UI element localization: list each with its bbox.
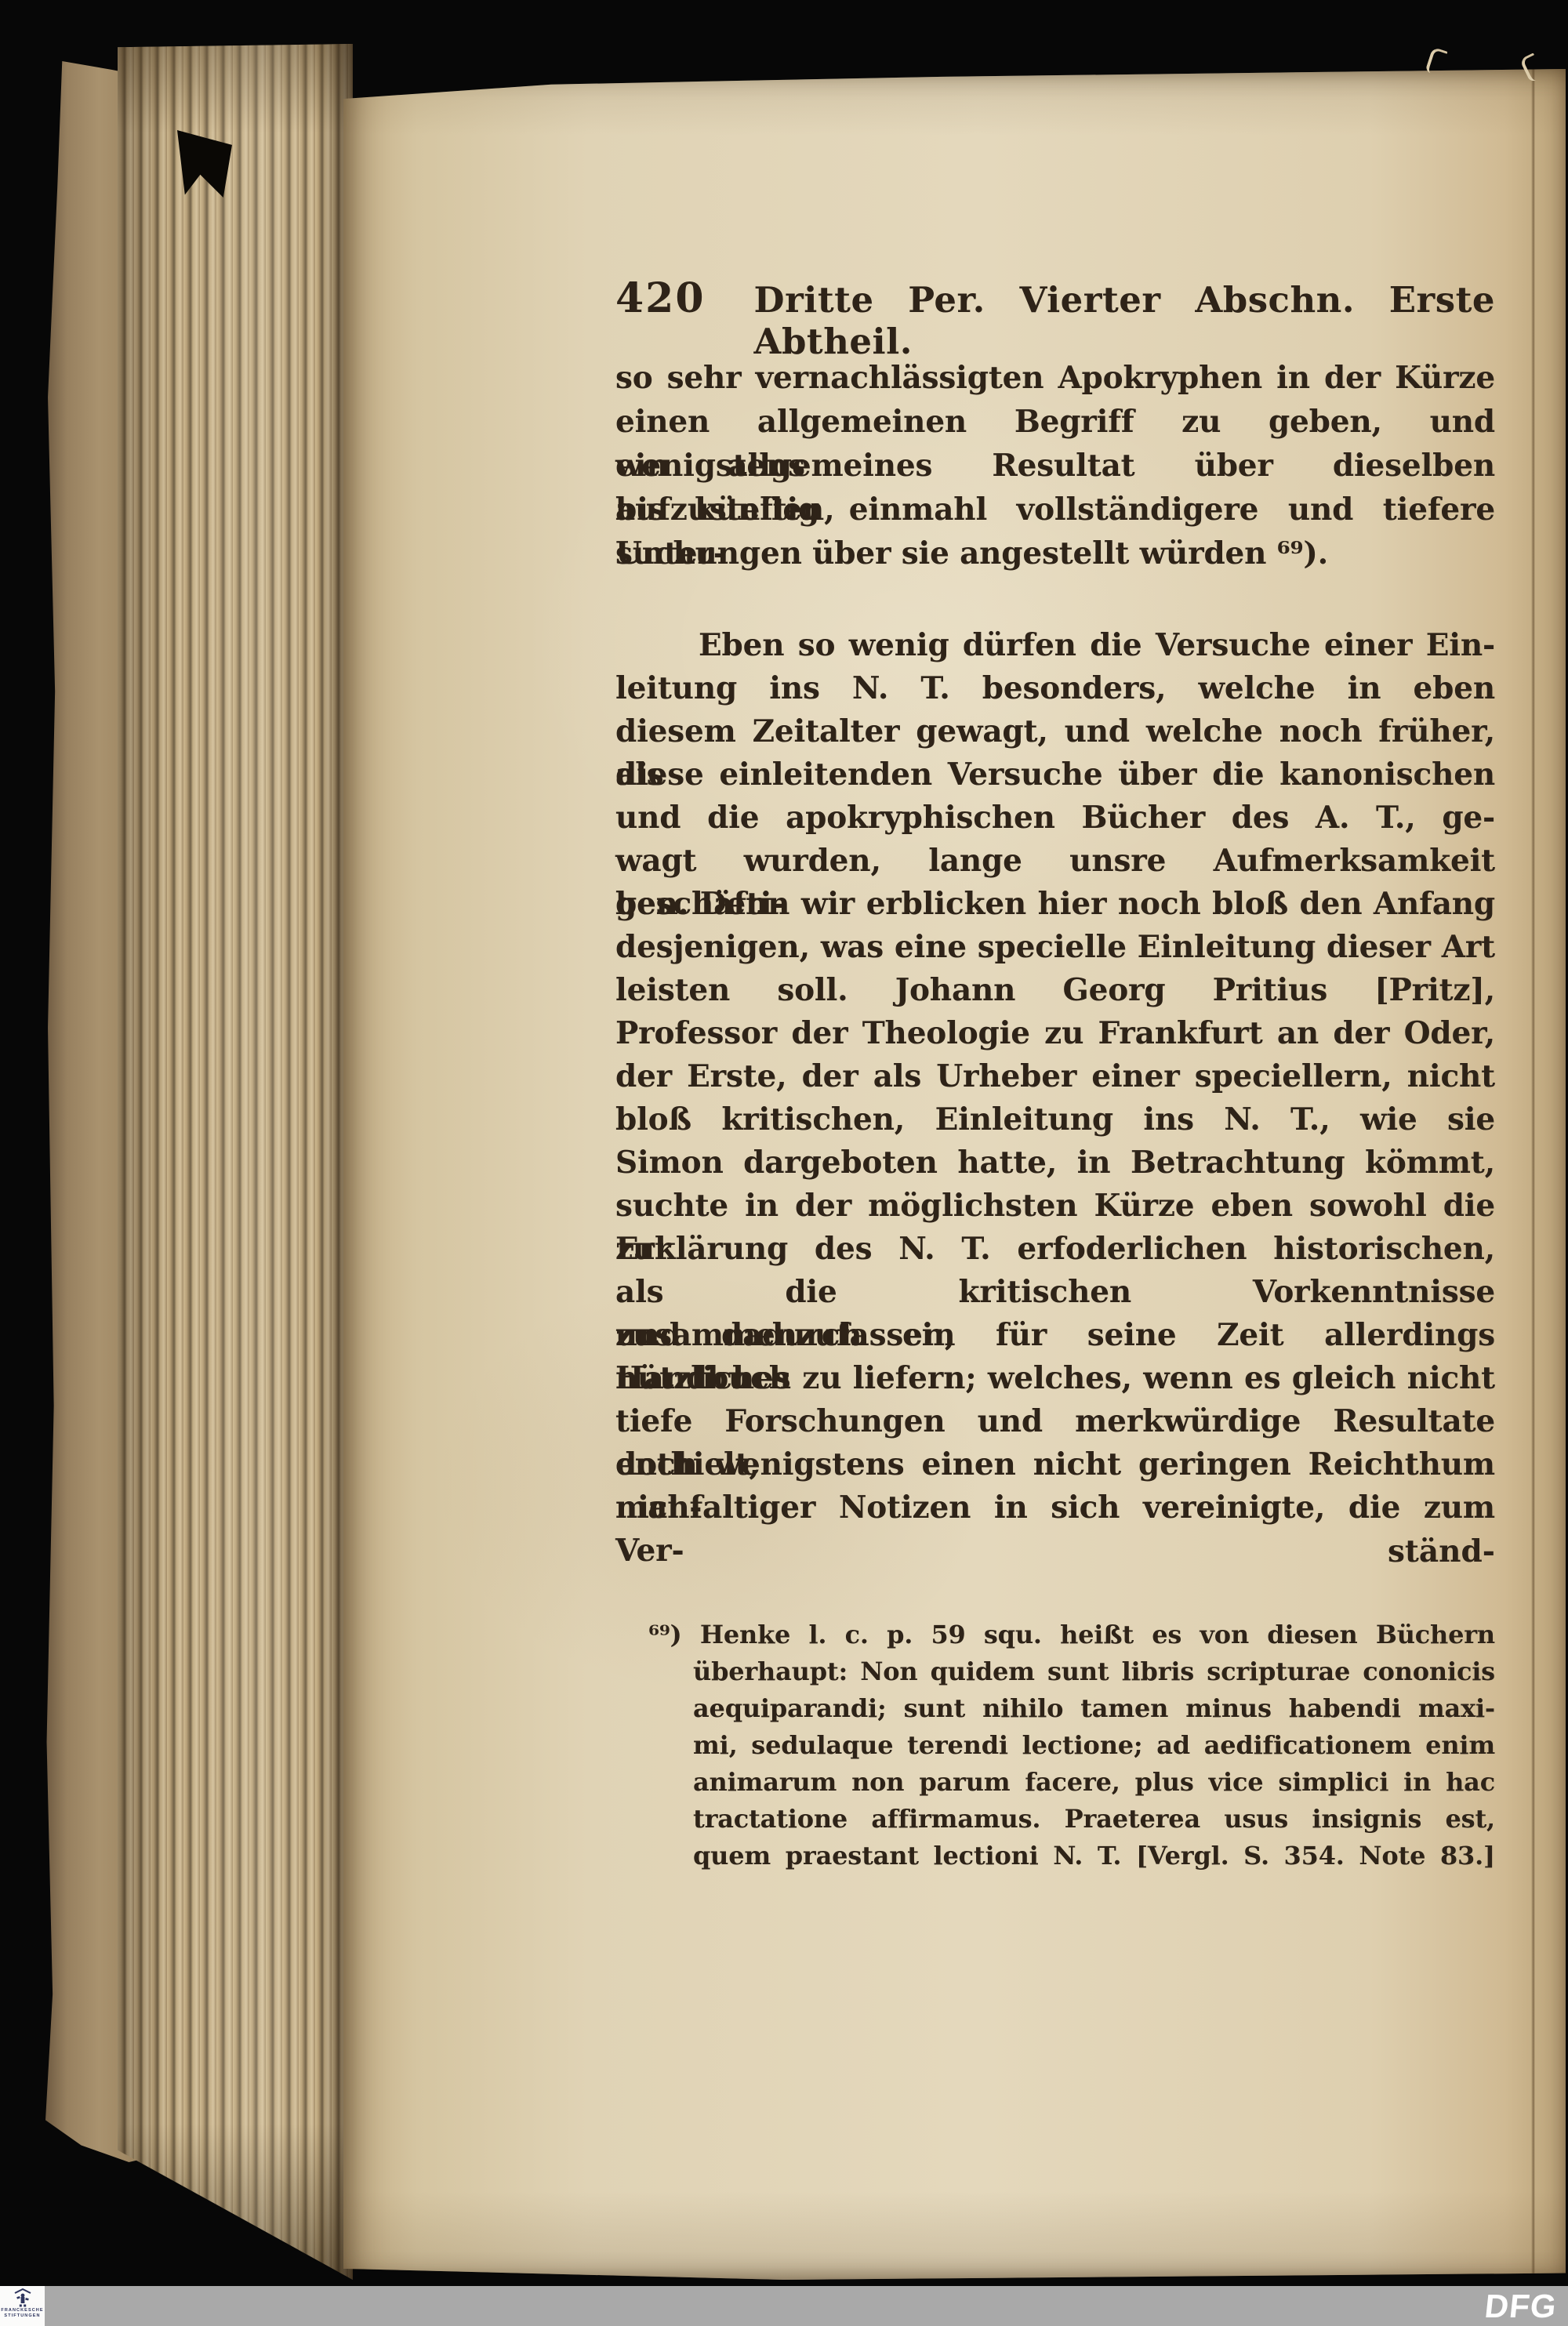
text-line: leitung ins N. T. besonders, welche in e… [615, 667, 1495, 710]
page-crease [1531, 69, 1535, 2280]
text-line: und dadurch ein für seine Zeit allerding… [615, 1314, 1495, 1357]
text-line: suchungen über sie angestellt würden ⁶⁹)… [615, 532, 1495, 575]
text-line: gen. Denn wir erblicken hier noch bloß d… [615, 883, 1495, 926]
page-number: 420 [615, 274, 706, 322]
viewer-footer-bar: FRANCKESCHE STIFTUNGEN DFG [0, 2286, 1568, 2326]
text-line: quem praestant lectioni N. T. [Vergl. S.… [648, 1838, 1495, 1874]
text-line: diese einleitenden Versuche über die kan… [615, 753, 1495, 797]
text-line: so sehr vernachlässigten Apokryphen in d… [615, 356, 1495, 400]
page-header: 420 Dritte Per. Vierter Abschn. Erste Ab… [615, 274, 1495, 362]
text-line: Handbuch zu liefern; welches, wenn es gl… [615, 1357, 1495, 1400]
text-line: leisten soll. Johann Georg Pritius [Prit… [615, 969, 1495, 1012]
text-line: ein allgemeines Resultat über dieselben … [615, 444, 1495, 488]
text-line: ⁶⁹) Henke l. c. p. 59 squ. heißt es von … [648, 1617, 1495, 1653]
text-line: desjenigen, was eine specielle Einleitun… [615, 926, 1495, 969]
scanned-book-viewer: { "page": { "number": "420", "running_ti… [0, 0, 1568, 2326]
text-line: Erklärung des N. T. erfoderlichen histor… [615, 1228, 1495, 1271]
franckesche-line1: FRANCKESCHE [1, 2308, 43, 2313]
footnote: ⁶⁹) Henke l. c. p. 59 squ. heißt es von … [648, 1617, 1495, 1874]
text-line: Professor der Theologie zu Frankfurt an … [615, 1012, 1495, 1055]
text-line: animarum non parum facere, plus vice sim… [648, 1764, 1495, 1801]
page-edges-stack [118, 44, 353, 2280]
text-line: wagt wurden, lange unsre Aufmerksamkeit … [615, 840, 1495, 883]
dfg-logo: DFG [1483, 2288, 1559, 2325]
catchword: ständ- [615, 1530, 1495, 1573]
text-line: tiefe Forschungen und merkwürdige Result… [615, 1400, 1495, 1443]
text-line: überhaupt: Non quidem sunt libris script… [648, 1653, 1495, 1690]
text-line: nichfaltiger Notizen in sich vereinigte,… [615, 1486, 1495, 1529]
franckesche-emblem-icon [14, 2288, 31, 2307]
text-line: und die apokryphischen Bücher des A. T.,… [615, 797, 1495, 840]
text-line: aequiparandi; sunt nihilo tamen minus ha… [648, 1690, 1495, 1727]
text-line: als die kritischen Vorkenntnisse zusamme… [615, 1271, 1495, 1314]
text-line: einen allgemeinen Begriff zu geben, und … [615, 400, 1495, 444]
text-line: suchte in der möglichsten Kürze eben sow… [615, 1185, 1495, 1228]
franckesche-stiftungen-logo: FRANCKESCHE STIFTUNGEN [0, 2286, 45, 2326]
text-line: tractatione affirmamus. Praeterea usus i… [648, 1801, 1495, 1838]
paragraph-2: Eben so wenig dürfen die Versuche einer … [615, 624, 1495, 1529]
franckesche-line2: STIFTUNGEN [4, 2313, 40, 2319]
text-line: bloß kritischen, Einleitung ins N. T., w… [615, 1098, 1495, 1141]
text-line: der Erste, der als Urheber einer speciel… [615, 1055, 1495, 1098]
book-page: 420 Dritte Per. Vierter Abschn. Erste Ab… [343, 69, 1566, 2280]
text-line: bis künftig einmahl vollständigere und t… [615, 488, 1495, 532]
text-line: doch wenigstens einen nicht geringen Rei… [615, 1443, 1495, 1486]
running-title: Dritte Per. Vierter Abschn. Erste Abthei… [754, 279, 1495, 362]
text-line: diesem Zeitalter gewagt, und welche noch… [615, 710, 1495, 753]
paragraph-1: so sehr vernachlässigten Apokryphen in d… [615, 356, 1495, 575]
franckesche-stiftungen-text: FRANCKESCHE STIFTUNGEN [1, 2308, 43, 2319]
text-line: mi, sedulaque terendi lectione; ad aedif… [648, 1727, 1495, 1764]
text-line: Eben so wenig dürfen die Versuche einer … [615, 624, 1495, 667]
text-line: Simon dargeboten hatte, in Betrachtung k… [615, 1141, 1495, 1185]
